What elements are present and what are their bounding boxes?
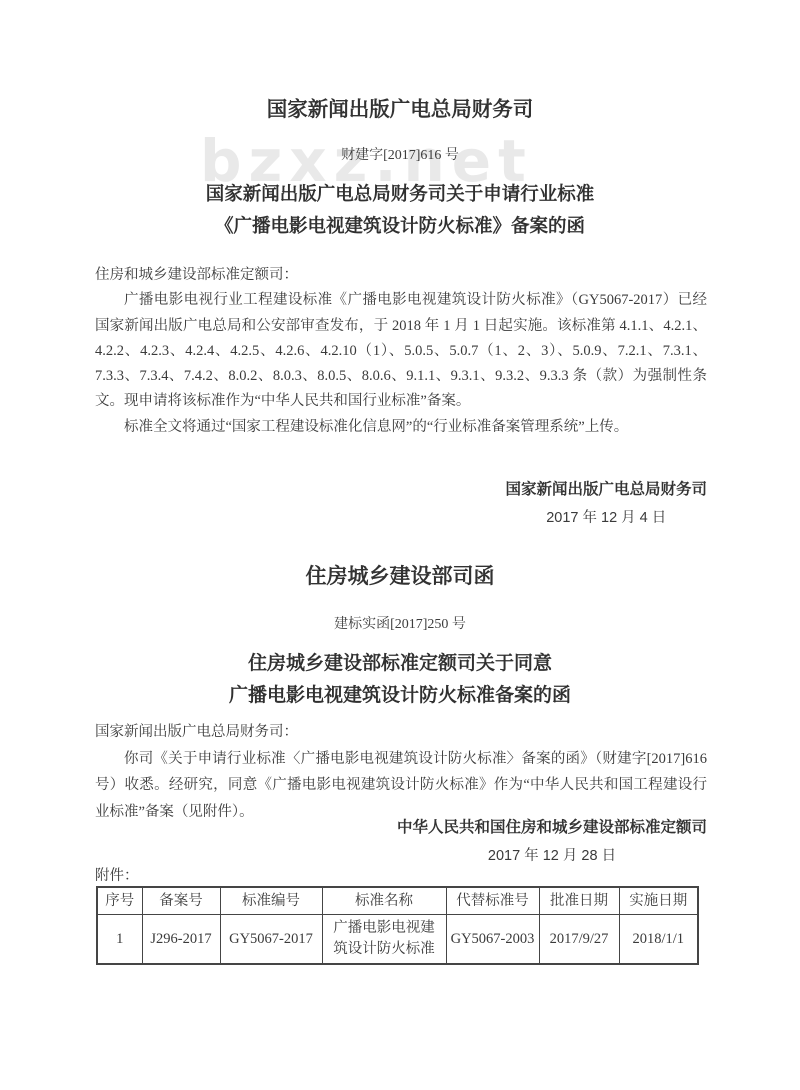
doc2-signature: 中华人民共和国住房和城乡建设部标准定额司 (397, 817, 707, 839)
doc1-signature: 国家新闻出版广电总局财务司 (505, 479, 707, 501)
col-header-standard-no: 标准编号 (220, 887, 322, 915)
table-row: 1 J296-2017 GY5067-2017 广播电影电视建筑设计防火标准 G… (97, 915, 698, 965)
doc1-signature-block: 国家新闻出版广电总局财务司 2017 年 12 月 4 日 (95, 479, 707, 528)
attachment-table: 序号 备案号 标准编号 标准名称 代替标准号 批准日期 实施日期 1 J296-… (96, 886, 699, 965)
doc2-title-line2: 广播电影电视建筑设计防火标准备案的函 (0, 680, 800, 707)
doc1-doc-number: 财建字[2017]616 号 (0, 144, 800, 164)
doc1-org-title: 国家新闻出版广电总局财务司 (0, 92, 800, 122)
col-header-index: 序号 (97, 887, 142, 915)
doc2-body: 国家新闻出版广电总局财务司： 你司《关于申请行业标准〈广播电影电视建筑设计防火标… (95, 719, 707, 825)
doc2-salutation: 国家新闻出版广电总局财务司： (95, 719, 707, 746)
col-header-approval-date: 批准日期 (539, 887, 619, 915)
col-header-replaced-no: 代替标准号 (446, 887, 539, 915)
doc1-paragraph-2: 标准全文将通过“国家工程建设标准化信息网”的“行业标准备案管理系统”上传。 (95, 415, 707, 440)
attachment-label: 附件： (95, 864, 139, 885)
cell-standard-name: 广播电影电视建筑设计防火标准 (322, 915, 446, 965)
doc2-title-line1: 住房城乡建设部标准定额司关于同意 (0, 648, 800, 675)
col-header-standard-name: 标准名称 (322, 887, 446, 915)
doc1-title-line2: 《广播电影电视建筑设计防火标准》备案的函 (0, 212, 800, 238)
col-header-record-no: 备案号 (142, 887, 220, 915)
scanned-document-page: bzxz.net 国家新闻出版广电总局财务司 财建字[2017]616 号 国家… (0, 0, 800, 1090)
doc1-paragraph-1: 广播电影电视行业工程建设标准《广播电影电视建筑设计防火标准》（GY5067-20… (95, 288, 707, 414)
doc1-salutation: 住房和城乡建设部标准定额司： (95, 263, 707, 288)
doc2-date: 2017 年 12 月 28 日 (397, 846, 707, 866)
doc2-org-title: 住房城乡建设部司函 (0, 560, 800, 590)
doc1-title-line1: 国家新闻出版广电总局财务司关于申请行业标准 (0, 180, 800, 206)
doc1-body: 住房和城乡建设部标准定额司： 广播电影电视行业工程建设标准《广播电影电视建筑设计… (95, 263, 707, 440)
cell-approval-date: 2017/9/27 (539, 915, 619, 965)
cell-index: 1 (97, 915, 142, 965)
table-header-row: 序号 备案号 标准编号 标准名称 代替标准号 批准日期 实施日期 (97, 887, 698, 915)
doc1-date: 2017 年 12 月 4 日 (505, 508, 707, 528)
col-header-implement-date: 实施日期 (619, 887, 698, 915)
cell-record-no: J296-2017 (142, 915, 220, 965)
cell-implement-date: 2018/1/1 (619, 915, 698, 965)
cell-standard-no: GY5067-2017 (220, 915, 322, 965)
doc2-signature-block: 中华人民共和国住房和城乡建设部标准定额司 2017 年 12 月 28 日 (95, 817, 707, 866)
cell-replaced-no: GY5067-2003 (446, 915, 539, 965)
doc2-paragraph-1: 你司《关于申请行业标准〈广播电影电视建筑设计防火标准〉备案的函》（财建字[201… (95, 746, 707, 826)
doc2-doc-number: 建标实函[2017]250 号 (0, 613, 800, 633)
